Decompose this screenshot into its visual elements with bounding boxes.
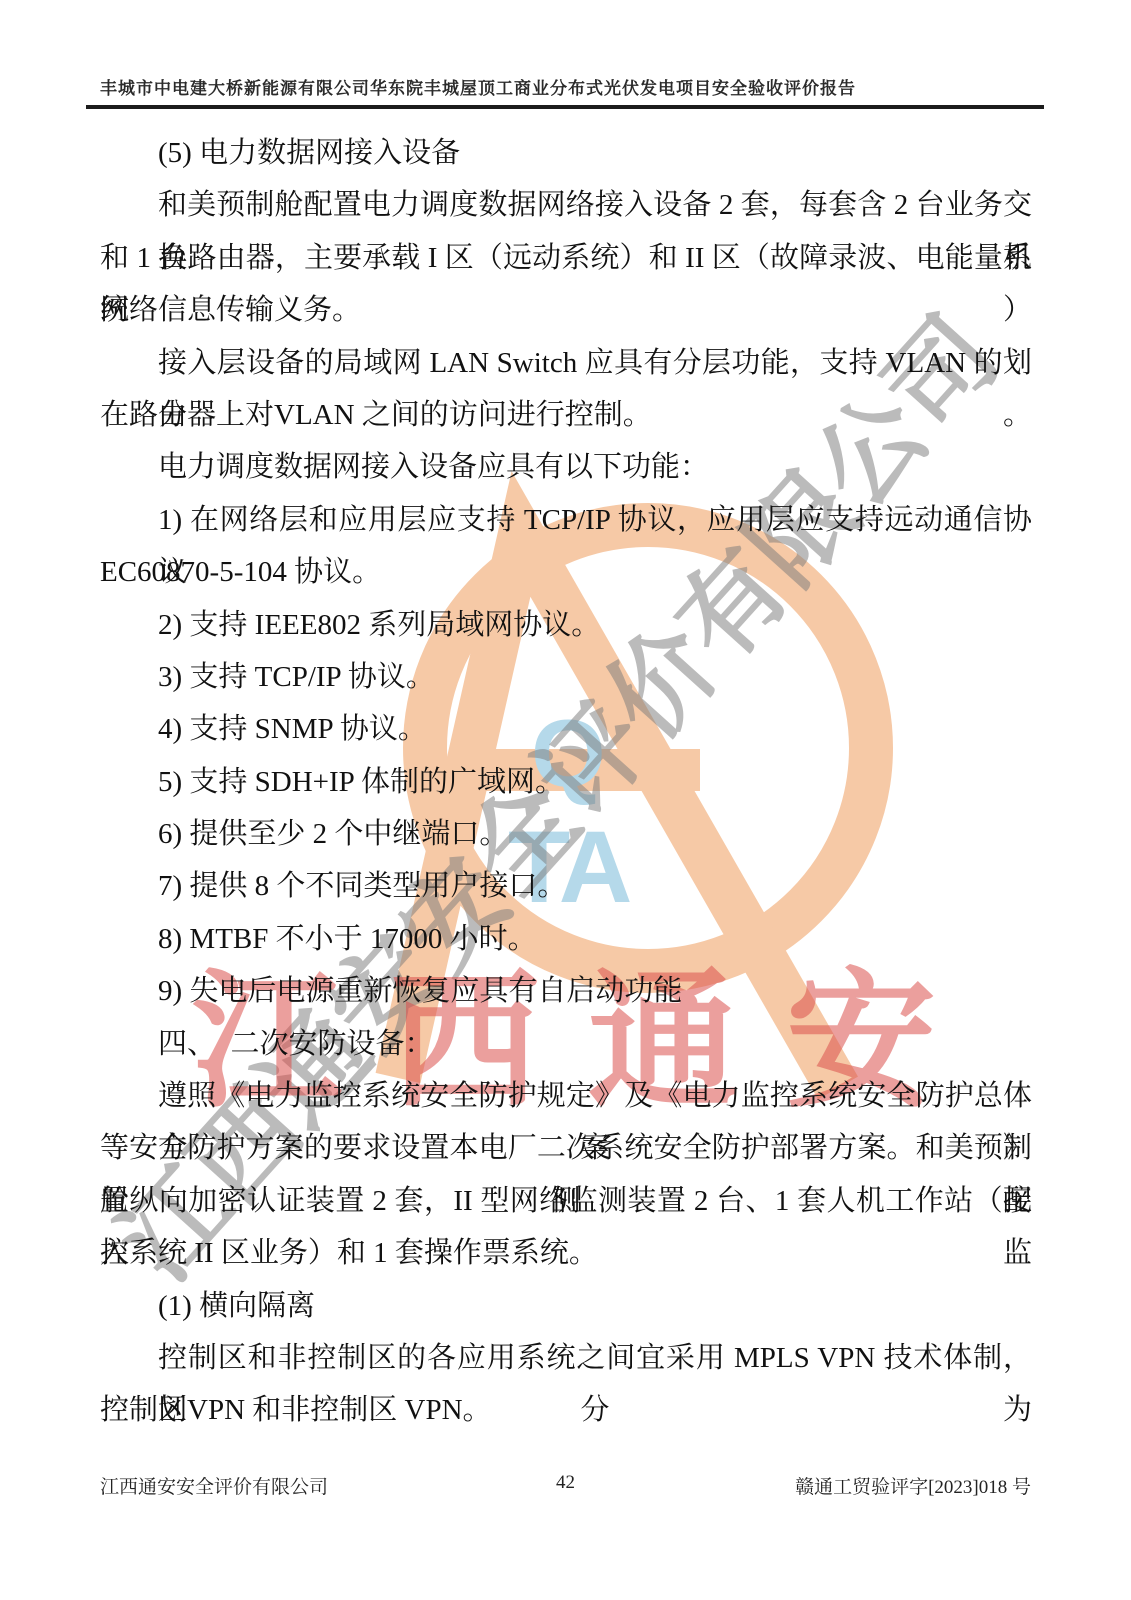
body-line: 2) 支持 IEEE802 系列局域网协议。 [100, 599, 1032, 651]
body-line: 9) 失电后电源重新恢复应具有自启动功能 [100, 965, 1032, 1017]
body-line: 电力调度数据网接入设备应具有以下功能： [100, 441, 1032, 493]
body-line: 5) 支持 SDH+IP 体制的广域网。 [100, 756, 1032, 808]
body-line: 3) 支持 TCP/IP 协议。 [100, 651, 1032, 703]
body-line: 四、 二次安防设备： [100, 1018, 1032, 1070]
body-line: (1) 横向隔离 [100, 1280, 1032, 1332]
body-line: (5) 电力数据网接入设备 [100, 127, 1032, 179]
header-title: 丰城市中电建大桥新能源有限公司华东院丰城屋顶工商业分布式光伏发电项目安全验收评价… [100, 74, 1060, 99]
footer-doc-number: 赣通工贸验评字[2023]018 号 [795, 1472, 1031, 1499]
body-line: 和 1 台路由器，主要承载 I 区（远动系统）和 II 区（故障录波、电能量系统… [100, 232, 1032, 284]
footer: 江西通安安全评价有限公司 42 赣通工贸验评字[2023]018 号 [0, 1472, 1131, 1502]
body-line: 控制区和非控制区的各应用系统之间宜采用 MPLS VPN 技术体制，划分为 [100, 1332, 1032, 1384]
body-line: 6) 提供至少 2 个中继端口。 [100, 808, 1032, 860]
body-line: 8) MTBF 不小于 17000 小时。 [100, 913, 1032, 965]
body-line: 4) 支持 SNMP 协议。 [100, 703, 1032, 755]
body-line: 7) 提供 8 个不同类型用户接口。 [100, 860, 1032, 912]
body-line: 遵照《电力监控系统安全防护规定》及《电力监控系统安全防护总体方案》 [100, 1070, 1032, 1122]
body-line: 等安全防护方案的要求设置本电厂二次系统安全防护部署方案。和美预制舱侧配 [100, 1122, 1032, 1174]
body-text: (5) 电力数据网接入设备 和美预制舱配置电力调度数据网络接入设备 2 套，每套… [100, 127, 1032, 1437]
body-line: 和美预制舱配置电力调度数据网络接入设备 2 套，每套含 2 台业务交换机 [100, 179, 1032, 231]
body-line: 接入层设备的局域网 LAN Switch 应具有分层功能，支持 VLAN 的划分… [100, 337, 1032, 389]
document-page: Q TA 江西通安安全评价有限公司 江西通安 丰城市中电建大桥新能源有限公司华东… [0, 0, 1131, 1600]
header-rule [86, 105, 1044, 109]
body-line: 1) 在网络层和应用层应支持 TCP/IP 协议，应用层应支持远动通信协议 [100, 494, 1032, 546]
body-line: 置纵向加密认证装置 2 套，II 型网络监测装置 2 台、1 套人机工作站（接入… [100, 1175, 1032, 1227]
body-line: EC60870-5-104 协议。 [100, 546, 1032, 598]
